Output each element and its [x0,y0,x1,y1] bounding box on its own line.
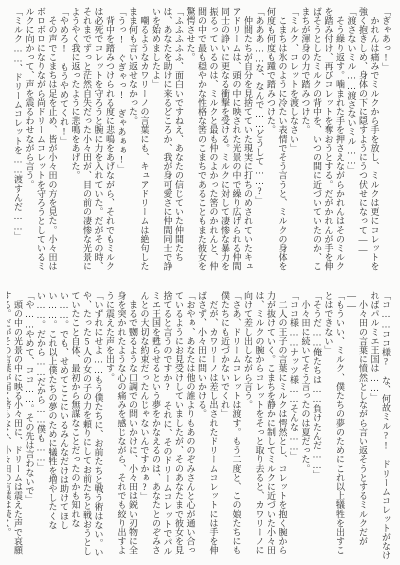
novel-paragraph: だが、カワリーノは差し出されたドリームコレットには手を伸ばさず、小々田に問いかけ… [196,291,219,563]
novel-paragraph: 「さあ、ドリームコレットは渡す。もう二度と、この娘たちにも僕たちにも近づかないで… [219,291,242,563]
novel-paragraph: 「ミルク、コレットを渡しなさい」 [288,7,300,279]
novel-paragraph: 頭の中の光景の中に映る小々田に、ドリームは震えた声で哀願する。だがその言葉が届く… [7,291,23,563]
text-block-lower: 「コ……ココ様? な、何故ミル?! ドリームコレットがなければパルミエ王国は……… [7,291,391,563]
novel-paragraph: 「ミルク……、ドリームコレットを……渡すんだ……」 [12,7,24,279]
novel-paragraph: かれんは痛みでミルクから手を放し、ミルクは更にコレットを強く抱きしめ、身体の下に… [357,7,380,279]
novel-paragraph: 「ぎゃあっ!」 [380,7,392,279]
novel-paragraph: まるで嬲るような口調での問いかけに、小々田は鋭い刃物に全身を突かれたような心の痛… [104,291,139,563]
novel-paragraph: 「あああ……な、なんで……どうして……?」 [253,7,265,279]
novel-paragraph: 「やめろ! もうやめてくれ!」 [58,7,70,279]
novel-paragraph: 「もういい、ミルク、僕たちの夢のためにこれ以上犠牲を出すことはできない」 [322,291,345,563]
novel-paragraph: 小々田の言葉に憤然としながら言い返そうとするミルクだが―― [345,291,368,563]
novel-paragraph: 二人の王子の言葉にミルクは愕然とし、コレットを抱く腕から力が抜けていく。こまちを… [242,291,288,563]
novel-paragraph: 小々田に続いてそう言ったのは夏だった。 [299,291,311,563]
novel-paragraph: 「うっ! ぐぎゃっ! ぎゃあぁぁ!」 [115,7,127,279]
text-block-upper: 「ぎゃあっ!」 かれんは痛みでミルクから手を放し、ミルクは更にコレットを強く抱き… [7,7,391,279]
novel-paragraph: 「いずれにせよ……もう僕たちに、お前たちと戦う術はない。いや、たった5人の女の子… [35,291,104,563]
novel-paragraph: 「ココ様……ナッツ様……そんな……」 [288,291,300,563]
novel-paragraph: 「おやぁ、あなたは他の誰よりもあののぞみさんと心が通い合っているようにお見受けし… [138,291,196,563]
novel-page: 「ぎゃあっ!」 かれんは痛みでミルクから手を放し、ミルクは更にコレットを強く抱き… [0,0,400,565]
novel-paragraph: 嘲るようなカワリーノの言葉にも、キュアドリームは絶句したまま何も言い返せなかった… [127,7,150,279]
novel-paragraph: そう繰り返す。噛まれた手を押さえながらかれんはそのミルクを踏み付け、再びコレット… [299,7,345,279]
novel-paragraph: 背中を踏みつけられる度に悲鳴をあげながら、それでもミルクは必死でコレットを守ろう… [69,7,115,279]
novel-paragraph: こまちは氷のように冷たい表情でそう言うと、ミルクの身体を何度も何度も踵で踏みつけ… [265,7,288,279]
novel-paragraph: 「コ……ココ様? な、何故ミル?! ドリームコレットがなければパルミエ王国は……… [368,291,391,563]
novel-paragraph: 「渡さないミル……渡さないミル……」 [345,7,357,279]
novel-paragraph: 「そうだ……俺たちは……負けたんだ……」 [311,291,323,563]
novel-paragraph: その声でこまちは足を止め、皆が小々田の方を見た。小々田はボロボロになりながら尚ド… [23,7,58,279]
novel-paragraph: 「ふふふふふ、面白いですねえ、あなたの信じていた仲間たちは、あなたを助けに来るど… [150,7,185,279]
novel-paragraph: 仲間たちが自分を見捨てていた現実に打ちのめされていたキュアドリームは、頭の中に映… [184,7,253,279]
novel-paragraph: 「や……やめて、ココ……。その先は言わないで」 [23,291,35,563]
